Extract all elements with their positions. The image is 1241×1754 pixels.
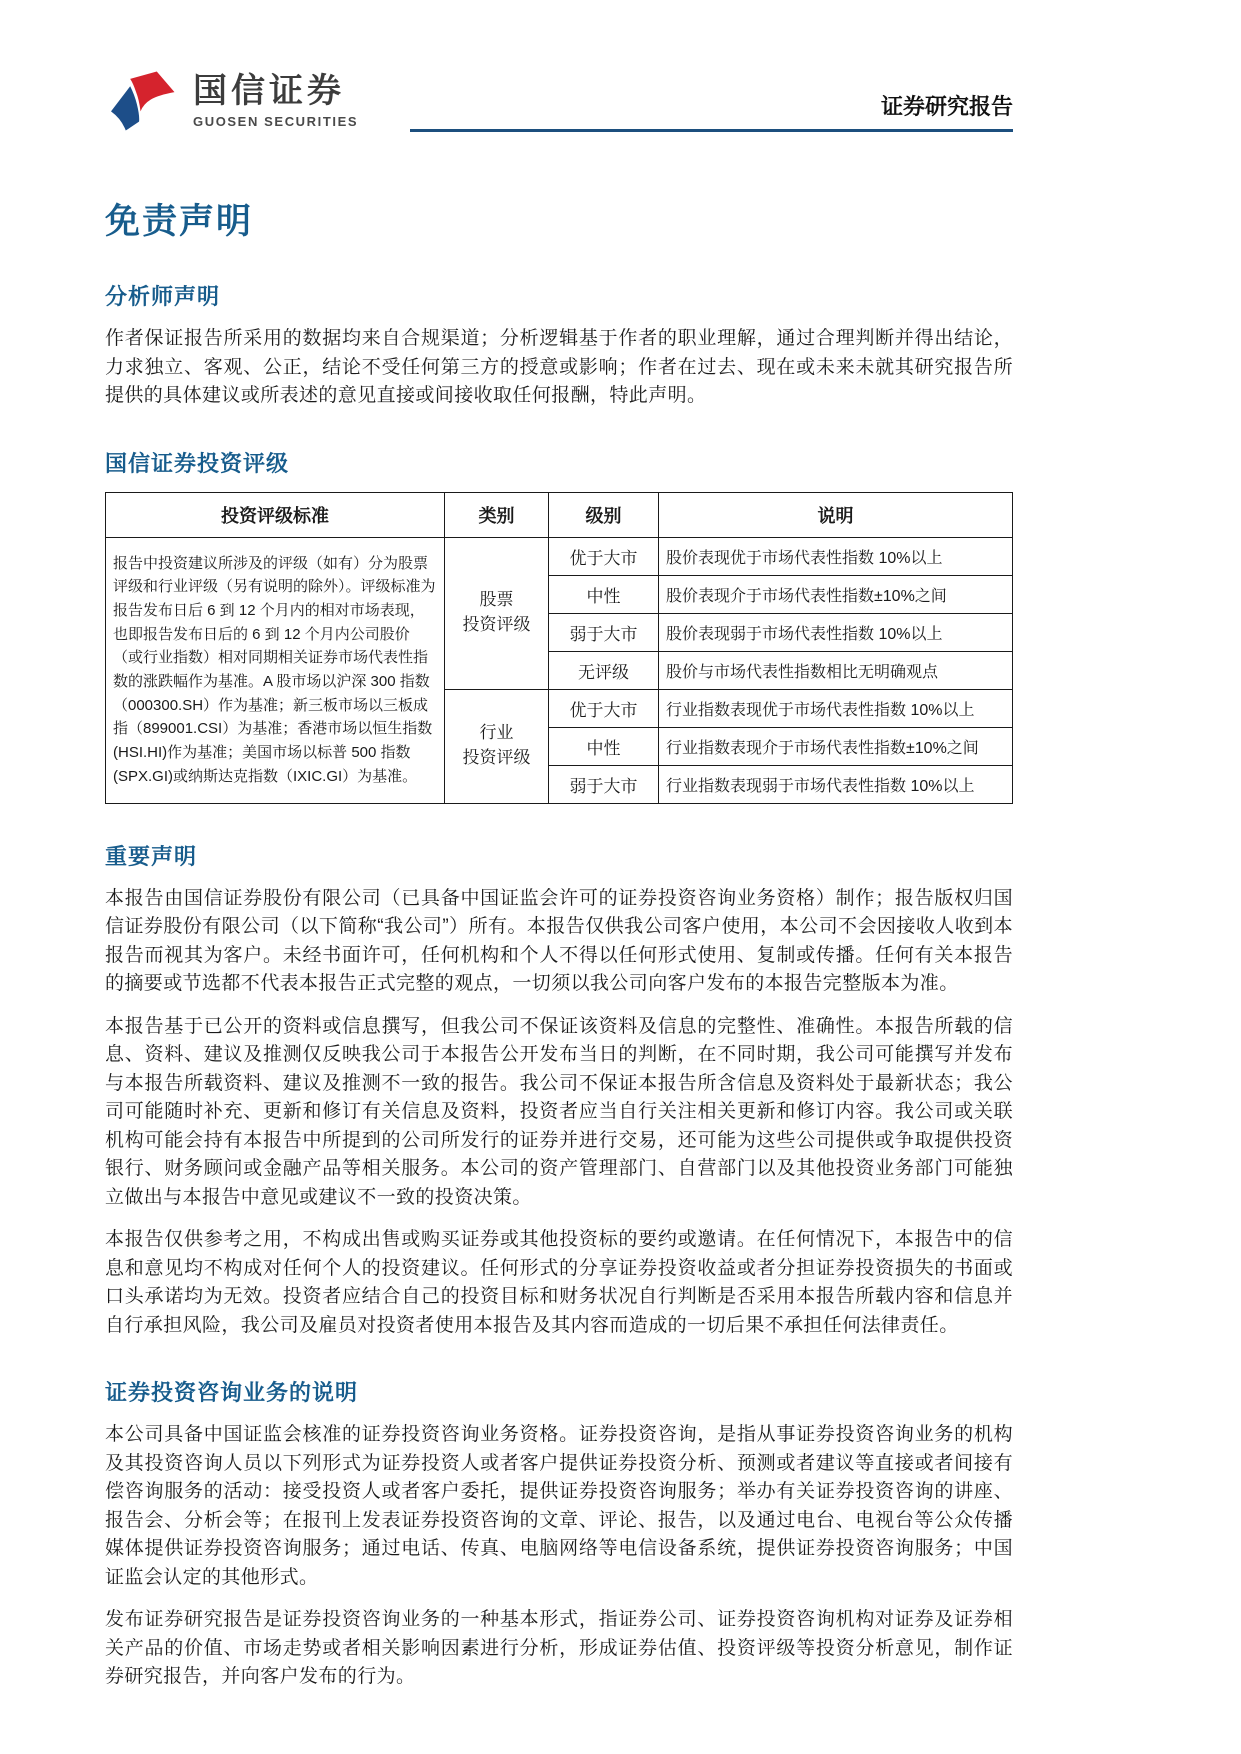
important-statement-paragraph-3: 本报告仅供参考之用，不构成出售或购买证券或其他投资标的要约或邀请。在任何情况下，… [105, 1226, 1013, 1340]
level-cell: 弱于大市 [549, 613, 659, 651]
col-header-criteria: 投资评级标准 [106, 492, 445, 537]
guosen-logo: 国信证券 GUOSEN SECURITIES [105, 70, 358, 132]
consulting-paragraph-2: 发布证券研究报告是证券投资咨询业务的一种基本形式，指证券公司、证券投资咨询机构对… [105, 1606, 1013, 1692]
level-cell: 弱于大市 [549, 765, 659, 803]
logo-name-en: GUOSEN SECURITIES [193, 114, 358, 129]
guosen-logo-icon [105, 70, 179, 132]
col-header-category: 类别 [445, 492, 549, 537]
description-cell: 股价表现优于市场代表性指数 10%以上 [659, 537, 1013, 575]
important-statement-paragraph-1: 本报告由国信证券股份有限公司（已具备中国证监会许可的证券投资咨询业务资格）制作；… [105, 885, 1013, 999]
logo-name-cn: 国信证券 [193, 73, 358, 110]
page-header: 国信证券 GUOSEN SECURITIES 证券研究报告 [105, 70, 1013, 132]
section-heading-consulting-explanation: 证券投资咨询业务的说明 [105, 1376, 1013, 1407]
analyst-statement-paragraph: 作者保证报告所采用的数据均来自合规渠道；分析逻辑基于作者的职业理解，通过合理判断… [105, 325, 1013, 411]
level-cell: 优于大市 [549, 537, 659, 575]
report-disclaimer-page: 国信证券 GUOSEN SECURITIES 证券研究报告 免责声明 分析师声明… [0, 0, 1241, 1754]
table-row: 报告中投资建议所涉及的评级（如有）分为股票评级和行业评级（另有说明的除外）。评级… [106, 537, 1013, 575]
section-heading-analyst-statement: 分析师声明 [105, 280, 1013, 311]
description-cell: 股价表现弱于市场代表性指数 10%以上 [659, 613, 1013, 651]
category-stock-cell: 股票 投资评级 [445, 537, 549, 689]
important-statement-paragraph-2: 本报告基于已公开的资料或信息撰写，但我公司不保证该资料及信息的完整性、准确性。本… [105, 1013, 1013, 1213]
investment-rating-table: 投资评级标准 类别 级别 说明 报告中投资建议所涉及的评级（如有）分为股票评级和… [105, 492, 1013, 804]
description-cell: 股价表现介于市场代表性指数±10%之间 [659, 575, 1013, 613]
header-rule: 证券研究报告 [410, 90, 1013, 132]
col-header-level: 级别 [549, 492, 659, 537]
description-cell: 行业指数表现弱于市场代表性指数 10%以上 [659, 765, 1013, 803]
page-title: 免责声明 [105, 194, 1013, 244]
col-header-description: 说明 [659, 492, 1013, 537]
level-cell: 优于大市 [549, 689, 659, 727]
level-cell: 中性 [549, 727, 659, 765]
section-heading-important-statement: 重要声明 [105, 840, 1013, 871]
description-cell: 股价与市场代表性指数相比无明确观点 [659, 651, 1013, 689]
description-cell: 行业指数表现优于市场代表性指数 10%以上 [659, 689, 1013, 727]
table-header-row: 投资评级标准 类别 级别 说明 [106, 492, 1013, 537]
consulting-paragraph-1: 本公司具备中国证监会核准的证券投资咨询业务资格。证券投资咨询，是指从事证券投资咨… [105, 1421, 1013, 1592]
section-heading-investment-rating: 国信证券投资评级 [105, 447, 1013, 478]
doc-type-label: 证券研究报告 [410, 90, 1013, 121]
rating-criteria-cell: 报告中投资建议所涉及的评级（如有）分为股票评级和行业评级（另有说明的除外）。评级… [106, 537, 445, 803]
description-cell: 行业指数表现介于市场代表性指数±10%之间 [659, 727, 1013, 765]
category-industry-cell: 行业 投资评级 [445, 689, 549, 803]
guosen-logo-text: 国信证券 GUOSEN SECURITIES [193, 73, 358, 129]
level-cell: 无评级 [549, 651, 659, 689]
level-cell: 中性 [549, 575, 659, 613]
